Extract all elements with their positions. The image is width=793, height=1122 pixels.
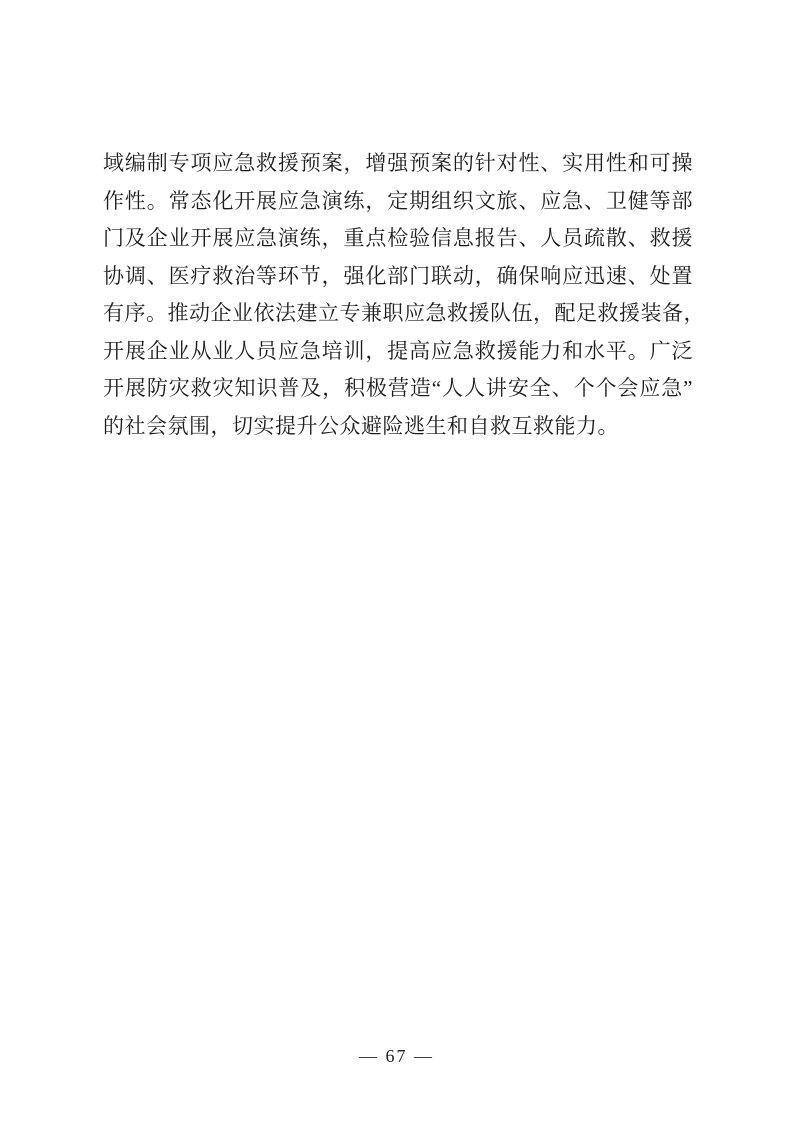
page-footer: — 67 — xyxy=(0,1046,793,1067)
paragraph-line-7: 开展防灾救灾知识普及，积极营造“人人讲安全、个个会应急” xyxy=(103,370,693,408)
paragraph-line-8: 的社会氛围，切实提升公众避险逃生和自救互救能力。 xyxy=(103,408,693,446)
paragraph-line-2: 作性。常态化开展应急演练，定期组织文旅、应急、卫健等部 xyxy=(103,183,693,221)
page-number: — 67 — xyxy=(359,1046,434,1067)
paragraph-line-5: 有序。推动企业依法建立专兼职应急救援队伍，配足救援装备， xyxy=(103,295,693,333)
paragraph-line-6: 开展企业从业人员应急培训，提高应急救援能力和水平。广泛 xyxy=(103,333,693,371)
body-paragraph: 域编制专项应急救援预案，增强预案的针对性、实用性和可操 作性。常态化开展应急演练… xyxy=(103,145,693,445)
paragraph-line-3: 门及企业开展应急演练，重点检验信息报告、人员疏散、救援 xyxy=(103,220,693,258)
document-page: 域编制专项应急救援预案，增强预案的针对性、实用性和可操 作性。常态化开展应急演练… xyxy=(0,0,793,1122)
paragraph-line-1: 域编制专项应急救援预案，增强预案的针对性、实用性和可操 xyxy=(103,145,693,183)
paragraph-line-4: 协调、医疗救治等环节，强化部门联动，确保响应迅速、处置 xyxy=(103,258,693,296)
